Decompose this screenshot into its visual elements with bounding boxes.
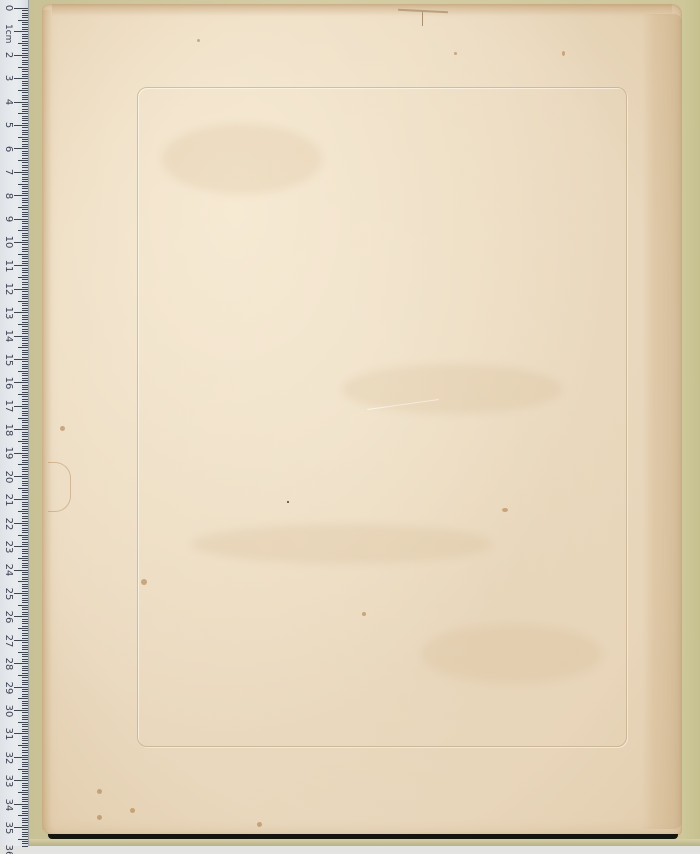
ruler-tick — [14, 523, 28, 524]
ruler-label-0: 0 — [3, 0, 13, 16]
ruler-tick — [14, 102, 28, 103]
ruler-tick — [22, 586, 28, 587]
ruler-tick — [22, 399, 28, 400]
ruler-tick — [22, 750, 28, 751]
ruler-tick — [22, 244, 28, 245]
ruler-tick — [22, 513, 28, 514]
ruler-tick — [22, 205, 28, 206]
ruler-tick — [22, 595, 28, 596]
ruler-tick — [22, 439, 28, 440]
ruler-tick — [22, 715, 28, 716]
ruler-tick — [22, 64, 28, 65]
ruler-tick — [22, 790, 28, 791]
ruler-tick — [22, 134, 28, 135]
ruler-label-33: 33 — [3, 773, 13, 789]
ruler-label-27: 27 — [3, 633, 13, 649]
ruler-tick — [22, 705, 28, 706]
ruler-label-28: 28 — [3, 656, 13, 672]
ruler-tick — [22, 235, 28, 236]
backing-board-right-edge — [682, 0, 700, 846]
ruler-tick — [18, 277, 28, 278]
ruler-tick — [22, 22, 28, 23]
ruler-tick — [22, 45, 28, 46]
ruler-tick — [22, 404, 28, 405]
ruler-tick — [14, 593, 28, 594]
ruler-tick — [22, 483, 28, 484]
ruler-tick — [22, 167, 28, 168]
ruler-tick — [22, 27, 28, 28]
ruler-tick — [22, 181, 28, 182]
ruler-tick — [22, 443, 28, 444]
ruler-tick — [22, 691, 28, 692]
ruler-tick — [22, 427, 28, 428]
ruler-tick — [22, 682, 28, 683]
ruler-tick — [22, 436, 28, 437]
ruler-tick — [22, 141, 28, 142]
stain — [162, 124, 322, 194]
ruler-label-7: 7 — [3, 164, 13, 180]
ruler-tick — [22, 717, 28, 718]
ruler-label-2: 2 — [3, 47, 13, 63]
ruler-tick — [22, 806, 28, 807]
ruler-tick — [22, 708, 28, 709]
ruler-tick — [22, 647, 28, 648]
ruler-tick — [22, 10, 28, 11]
ruler-tick — [22, 638, 28, 639]
ruler-tick — [22, 132, 28, 133]
ruler-tick — [22, 198, 28, 199]
ruler-tick — [22, 177, 28, 178]
ruler-tick — [22, 319, 28, 320]
ruler-tick — [14, 710, 28, 711]
ruler-tick — [14, 289, 28, 290]
ruler-tick — [22, 478, 28, 479]
ruler-tick — [22, 120, 28, 121]
ruler-tick — [22, 191, 28, 192]
ruler-tick — [22, 261, 28, 262]
ruler-tick — [18, 67, 28, 68]
ruler-tick — [22, 822, 28, 823]
ruler-tick — [18, 43, 28, 44]
ruler-tick — [18, 137, 28, 138]
ruler-tick — [22, 703, 28, 704]
ruler-tick — [14, 312, 28, 313]
foxing-spot — [197, 39, 200, 42]
ruler-tick — [22, 518, 28, 519]
stain — [422, 624, 602, 684]
ruler-tick — [22, 642, 28, 643]
ruler-tick — [22, 771, 28, 772]
ruler-tick — [22, 380, 28, 381]
ruler-tick — [18, 394, 28, 395]
ruler-tick — [22, 60, 28, 61]
ruler-tick — [22, 263, 28, 264]
ruler-tick — [22, 623, 28, 624]
ruler-tick — [14, 8, 28, 9]
ruler-tick — [22, 577, 28, 578]
ruler-tick — [22, 118, 28, 119]
ruler-tick — [22, 490, 28, 491]
ruler-tick — [18, 745, 28, 746]
ruler-tick — [22, 146, 28, 147]
ruler-label-23: 23 — [3, 539, 13, 555]
ruler-tick — [22, 726, 28, 727]
ruler-tick — [18, 769, 28, 770]
ruler-tick — [22, 492, 28, 493]
ruler-tick — [22, 368, 28, 369]
ruler-tick — [22, 123, 28, 124]
ruler-tick — [22, 481, 28, 482]
ruler-tick — [18, 20, 28, 21]
ruler-label-14: 14 — [3, 328, 13, 344]
ruler-tick — [18, 254, 28, 255]
ruler-tick — [14, 359, 28, 360]
ruler-label-29: 29 — [3, 680, 13, 696]
ruler-tick — [22, 614, 28, 615]
ruler-tick — [22, 57, 28, 58]
ruler-tick — [22, 186, 28, 187]
ruler-tick — [22, 525, 28, 526]
ruler-tick — [22, 378, 28, 379]
ruler-tick — [22, 228, 28, 229]
ruler-tick — [22, 130, 28, 131]
ruler-tick — [22, 670, 28, 671]
ruler-tick — [14, 406, 28, 407]
ruler-tick — [22, 811, 28, 812]
ruler-tick — [22, 656, 28, 657]
ruler-tick — [22, 88, 28, 89]
ruler-tick — [22, 843, 28, 844]
ruler-tick — [22, 778, 28, 779]
ruler-tick — [22, 598, 28, 599]
ruler-tick — [22, 69, 28, 70]
ruler-tick — [22, 331, 28, 332]
ruler-label-20: 20 — [3, 469, 13, 485]
ruler-tick — [22, 179, 28, 180]
ruler-tick — [22, 542, 28, 543]
ruler-tick — [22, 29, 28, 30]
ruler-tick — [22, 188, 28, 189]
ruler-tick — [14, 172, 28, 173]
ruler-tick — [22, 333, 28, 334]
ruler-tick — [14, 733, 28, 734]
ruler-tick — [22, 268, 28, 269]
ruler-tick — [22, 785, 28, 786]
foxing-spot — [562, 51, 565, 56]
foxing-spot — [97, 815, 102, 820]
ruler-tick — [22, 602, 28, 603]
ruler-tick — [22, 497, 28, 498]
ruler-tick — [18, 160, 28, 161]
ruler-tick — [22, 83, 28, 84]
ruler-tick — [22, 366, 28, 367]
ruler-tick — [22, 408, 28, 409]
ruler-tick — [22, 787, 28, 788]
ruler-tick — [22, 256, 28, 257]
ruler-tick — [18, 628, 28, 629]
ruler-tick — [22, 609, 28, 610]
ruler-tick — [14, 453, 28, 454]
ruler-tick — [22, 202, 28, 203]
ruler-tick — [22, 396, 28, 397]
ruler-tick — [22, 560, 28, 561]
ruler-tick — [22, 607, 28, 608]
ruler-tick — [18, 815, 28, 816]
ruler-tick — [22, 766, 28, 767]
ruler-tick — [22, 841, 28, 842]
ruler-tick — [22, 247, 28, 248]
ruler-tick — [22, 287, 28, 288]
ruler-tick — [22, 76, 28, 77]
ruler-tick — [22, 485, 28, 486]
ruler-tick — [22, 310, 28, 311]
ruler-tick — [22, 95, 28, 96]
ruler-tick — [22, 696, 28, 697]
ruler-tick — [22, 736, 28, 737]
ruler-tick — [22, 350, 28, 351]
ruler-tick — [22, 747, 28, 748]
ruler-tick — [22, 506, 28, 507]
ruler-tick — [22, 591, 28, 592]
ruler-tick — [22, 797, 28, 798]
ruler-tick — [14, 219, 28, 220]
ruler-tick — [18, 464, 28, 465]
ruler-tick — [22, 387, 28, 388]
ruler-tick — [22, 689, 28, 690]
ruler-tick — [22, 794, 28, 795]
foxing-spot — [97, 789, 102, 794]
ruler-tick — [18, 207, 28, 208]
ruler-tick — [22, 139, 28, 140]
foxing-spot — [454, 52, 457, 55]
ruler-tick — [22, 738, 28, 739]
ruler-tick — [22, 209, 28, 210]
ruler-label-3: 3 — [3, 70, 13, 86]
ruler-label-6: 6 — [3, 141, 13, 157]
ruler-tick — [14, 616, 28, 617]
ruler-tick — [22, 282, 28, 283]
ruler-tick — [22, 97, 28, 98]
ruler-tick — [22, 329, 28, 330]
ruler-tick — [22, 551, 28, 552]
ruler-tick — [14, 195, 28, 196]
ruler-label-19: 19 — [3, 445, 13, 461]
ruler-tick — [22, 434, 28, 435]
ruler-tick — [22, 420, 28, 421]
ruler-tick — [14, 804, 28, 805]
ruler-tick — [22, 15, 28, 16]
ruler-label-32: 32 — [3, 750, 13, 766]
ruler-tick — [22, 251, 28, 252]
ruler-tick — [22, 532, 28, 533]
ruler-tick — [22, 574, 28, 575]
ruler-label-25: 25 — [3, 586, 13, 602]
ruler-tick — [18, 230, 28, 231]
ruler-label-30: 30 — [3, 703, 13, 719]
ruler-tick — [22, 322, 28, 323]
ruler-tick — [18, 90, 28, 91]
ruler-tick — [14, 476, 28, 477]
ruler-tick — [22, 62, 28, 63]
ruler-tick — [22, 626, 28, 627]
measuring-ruler: 0 1cm 2 3 4 5 6 7 8 9 10 11 12 13 14 15 … — [0, 0, 29, 846]
ruler-tick — [18, 792, 28, 793]
ruler-tick — [18, 301, 28, 302]
ruler-tick — [22, 155, 28, 156]
ruler-tick — [22, 666, 28, 667]
ruler-tick — [18, 698, 28, 699]
foxing-spot — [287, 501, 289, 503]
ruler-tick — [22, 820, 28, 821]
ruler-tick — [18, 511, 28, 512]
ruler-tick — [22, 773, 28, 774]
ruler-tick — [22, 680, 28, 681]
ruler-tick — [14, 265, 28, 266]
ruler-tick — [22, 635, 28, 636]
ruler-tick — [22, 294, 28, 295]
ruler-tick — [22, 829, 28, 830]
ruler-tick — [22, 448, 28, 449]
scanner-bed-strip — [0, 846, 700, 854]
ruler-label-16: 16 — [3, 375, 13, 391]
ruler-tick — [22, 654, 28, 655]
ruler-tick — [22, 340, 28, 341]
ruler-tick — [22, 212, 28, 213]
ruler-tick — [22, 446, 28, 447]
ruler-tick — [22, 74, 28, 75]
ruler-tick — [22, 740, 28, 741]
ruler-tick — [14, 663, 28, 664]
ruler-tick — [18, 347, 28, 348]
ruler-label-13: 13 — [3, 305, 13, 321]
ruler-tick — [14, 55, 28, 56]
ruler-tick — [22, 673, 28, 674]
ruler-tick — [22, 223, 28, 224]
ruler-tick — [22, 92, 28, 93]
foxing-spot — [257, 822, 262, 827]
ruler-tick — [22, 799, 28, 800]
ruler-tick — [22, 317, 28, 318]
ruler-tick — [22, 425, 28, 426]
ruler-tick — [14, 780, 28, 781]
left-edge-stain-outline — [48, 462, 71, 512]
ruler-tick — [22, 712, 28, 713]
ruler-tick — [22, 621, 28, 622]
ruler-tick — [18, 605, 28, 606]
ruler-tick — [22, 291, 28, 292]
ruler-tick — [22, 158, 28, 159]
ruler-tick — [22, 563, 28, 564]
ruler-tick — [22, 462, 28, 463]
ruler-tick — [22, 572, 28, 573]
ruler-tick — [22, 151, 28, 152]
ruler-tick — [22, 752, 28, 753]
ruler-tick — [22, 364, 28, 365]
ruler-tick — [22, 832, 28, 833]
ruler-tick — [22, 684, 28, 685]
ruler-tick — [22, 303, 28, 304]
ruler-tick — [18, 113, 28, 114]
ruler-label-17: 17 — [3, 398, 13, 414]
ruler-tick — [18, 371, 28, 372]
ruler-tick — [22, 825, 28, 826]
ruler-label-36: 36 — [3, 843, 13, 854]
foxing-spot — [130, 808, 135, 813]
ruler-label-22: 22 — [3, 516, 13, 532]
sheet-left-edge-discoloration — [42, 10, 52, 830]
ruler-tick — [22, 413, 28, 414]
ruler-tick — [22, 106, 28, 107]
ruler-tick — [14, 499, 28, 500]
ruler-label-35: 35 — [3, 820, 13, 836]
sheet-bottom-shadow — [48, 834, 678, 839]
ruler-tick — [22, 385, 28, 386]
ruler-tick — [22, 677, 28, 678]
ruler-label-5: 5 — [3, 117, 13, 133]
ruler-tick — [22, 153, 28, 154]
ruler-label-31: 31 — [3, 726, 13, 742]
ruler-tick — [22, 401, 28, 402]
ruler-tick — [22, 724, 28, 725]
ruler-tick — [22, 85, 28, 86]
ruler-tick — [22, 104, 28, 105]
ruler-tick — [14, 687, 28, 688]
ruler-tick — [22, 326, 28, 327]
ruler-tick — [22, 214, 28, 215]
ruler-tick — [14, 546, 28, 547]
sheet-top-edge-discoloration — [52, 4, 672, 16]
ruler-tick — [22, 612, 28, 613]
ruler-tick — [22, 813, 28, 814]
ruler-tick — [14, 125, 28, 126]
ruler-tick — [22, 645, 28, 646]
ruler-tick — [22, 305, 28, 306]
ruler-tick — [22, 502, 28, 503]
ruler-tick — [22, 759, 28, 760]
ruler-tick — [22, 630, 28, 631]
ruler-tick — [18, 535, 28, 536]
ruler-tick — [22, 415, 28, 416]
ruler-tick — [22, 275, 28, 276]
ruler-tick — [22, 99, 28, 100]
ruler-tick — [14, 757, 28, 758]
ruler-label-1: 1cm — [3, 24, 13, 40]
ruler-tick — [22, 389, 28, 390]
ruler-tick — [22, 357, 28, 358]
ruler-tick — [22, 233, 28, 234]
ruler-tick — [22, 474, 28, 475]
ruler-tick — [22, 521, 28, 522]
ruler-tick — [22, 471, 28, 472]
ruler-tick — [18, 324, 28, 325]
ruler-tick — [22, 495, 28, 496]
ruler-tick — [18, 441, 28, 442]
ruler-tick — [22, 584, 28, 585]
ruler-tick — [22, 801, 28, 802]
ruler-tick — [22, 783, 28, 784]
ruler-tick — [22, 818, 28, 819]
ruler-tick — [22, 109, 28, 110]
ruler-tick — [22, 361, 28, 362]
ruler-label-4: 4 — [3, 94, 13, 110]
ruler-tick — [22, 539, 28, 540]
ruler-label-18: 18 — [3, 422, 13, 438]
ruler-tick — [14, 429, 28, 430]
ruler-tick — [22, 455, 28, 456]
ruler-tick — [22, 633, 28, 634]
ruler-tick — [22, 71, 28, 72]
paper-sheet — [42, 4, 682, 836]
